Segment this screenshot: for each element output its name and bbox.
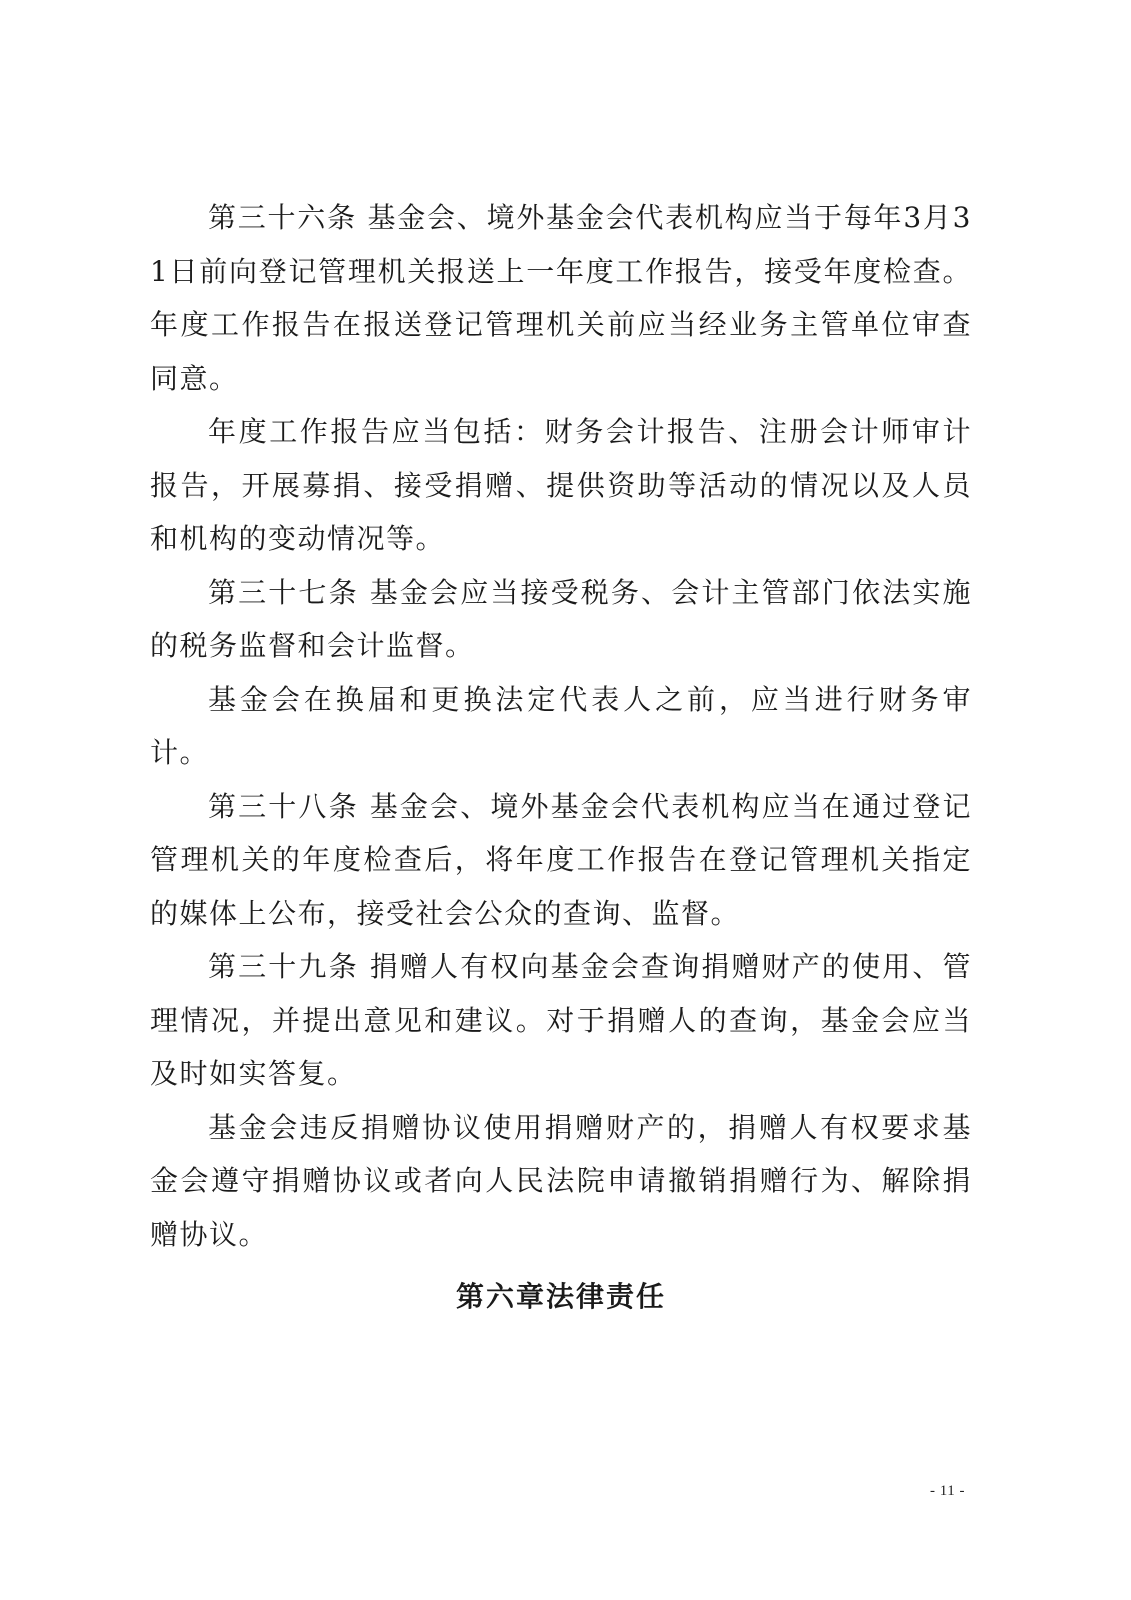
audit-before-change-paragraph: 基金会在换届和更换法定代表人之前，应当进行财务审计。 [150, 673, 972, 780]
article-37-paragraph: 第三十七条 基金会应当接受税务、会计主管部门依法实施的税务监督和会计监督。 [150, 566, 972, 673]
page-number: - 11 - [930, 1483, 965, 1500]
article-39-paragraph: 第三十九条 捐赠人有权向基金会查询捐赠财产的使用、管理情况，并提出意见和建议。对… [150, 940, 972, 1101]
article-38-paragraph: 第三十八条 基金会、境外基金会代表机构应当在通过登记管理机关的年度检查后，将年度… [150, 780, 972, 941]
document-body: 第三十六条 基金会、境外基金会代表机构应当于每年3月31日前向登记管理机关报送上… [150, 191, 972, 1327]
annual-report-contents-paragraph: 年度工作报告应当包括：财务会计报告、注册会计师审计报告，开展募捐、接受捐赠、提供… [150, 405, 972, 566]
document-page: 第三十六条 基金会、境外基金会代表机构应当于每年3月31日前向登记管理机关报送上… [0, 0, 1131, 1600]
donor-rights-paragraph: 基金会违反捐赠协议使用捐赠财产的，捐赠人有权要求基金会遵守捐赠协议或者向人民法院… [150, 1101, 972, 1262]
article-36-paragraph: 第三十六条 基金会、境外基金会代表机构应当于每年3月31日前向登记管理机关报送上… [150, 191, 972, 405]
chapter-title: 第六章法律责任 [150, 1261, 972, 1327]
